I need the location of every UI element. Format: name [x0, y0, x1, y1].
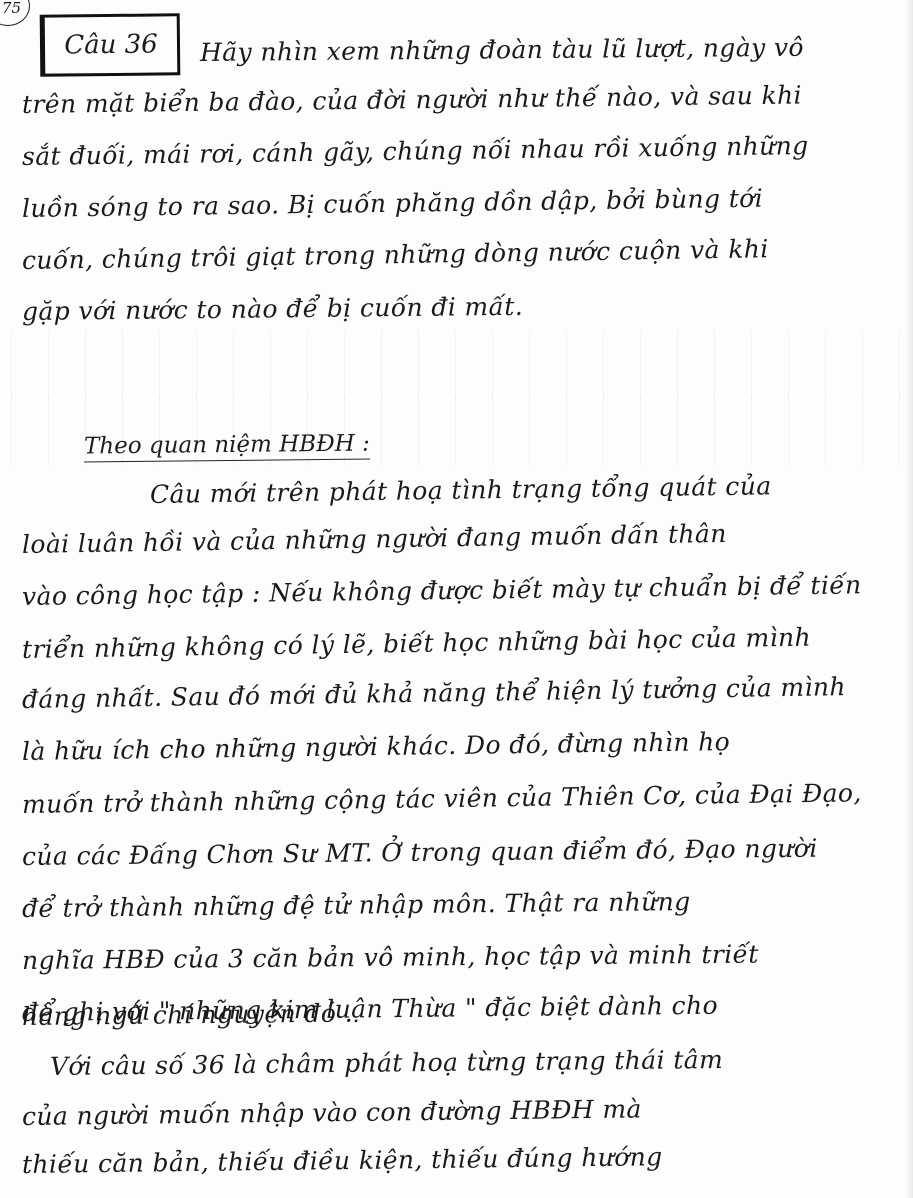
closing-line: của người muốn nhập vào con đường HBĐH m…	[22, 1094, 642, 1131]
question-line: Hãy nhìn xem những đoàn tàu lũ lượt, ngà…	[200, 33, 804, 67]
commentary-line: muốn trở thành những cộng tác viên của T…	[22, 778, 862, 819]
question-label-box: Câu 36	[40, 13, 181, 76]
manuscript-page: 75 Câu 36 Hãy nhìn xem những đoàn tàu lũ…	[0, 0, 913, 1198]
closing-line: Với câu số 36 là châm phát hoạ từng trạn…	[50, 1045, 723, 1081]
question-line: gặp với nước to nào để bị cuốn đi mất.	[22, 292, 523, 326]
question-line: sắt đuối, mái rơi, cánh gãy, chúng nối n…	[22, 131, 809, 171]
question-line: trên mặt biển ba đào, của đời người như …	[22, 80, 802, 119]
page-number: 75	[0, 0, 30, 26]
commentary-line: để trở thành những đệ tử nhập môn. Thật …	[22, 887, 691, 923]
question-line: luồn sóng to ra sao. Bị cuốn phăng dồn d…	[22, 184, 763, 223]
commentary-line: là hữu ích cho những người khác. Do đó, …	[22, 727, 731, 766]
commentary-line: Câu mới trên phát hoạ tình trạng tổng qu…	[150, 471, 772, 509]
commentary-line: vào công học tập : Nếu không được biết m…	[22, 570, 862, 611]
commentary-line: nghĩa HBĐ của 3 căn bản vô minh, học tập…	[22, 940, 759, 975]
commentary-line: đáng nhất. Sau đó mới đủ khả năng thể hi…	[22, 672, 846, 714]
commentary-line: loài luân hồi và của những người đang mu…	[22, 519, 727, 559]
commentary-line: triển những không có lý lẽ, biết học nhữ…	[22, 623, 811, 664]
commentary-heading: Theo quan niệm HBĐH :	[84, 431, 370, 463]
question-label: Câu 36	[64, 30, 158, 61]
page-edge-shadow	[905, 0, 913, 1198]
commentary-line: hàng ngũ chí nguyện đó .	[22, 999, 353, 1031]
closing-line: thiếu căn bản, thiếu điều kiện, thiếu đú…	[22, 1142, 663, 1179]
question-line: cuốn, chúng trôi giạt trong những dòng n…	[22, 234, 769, 275]
bleed-through-texture	[0, 330, 913, 400]
commentary-line: của các Đấng Chơn Sư MT. Ở trong quan đi…	[22, 834, 818, 871]
